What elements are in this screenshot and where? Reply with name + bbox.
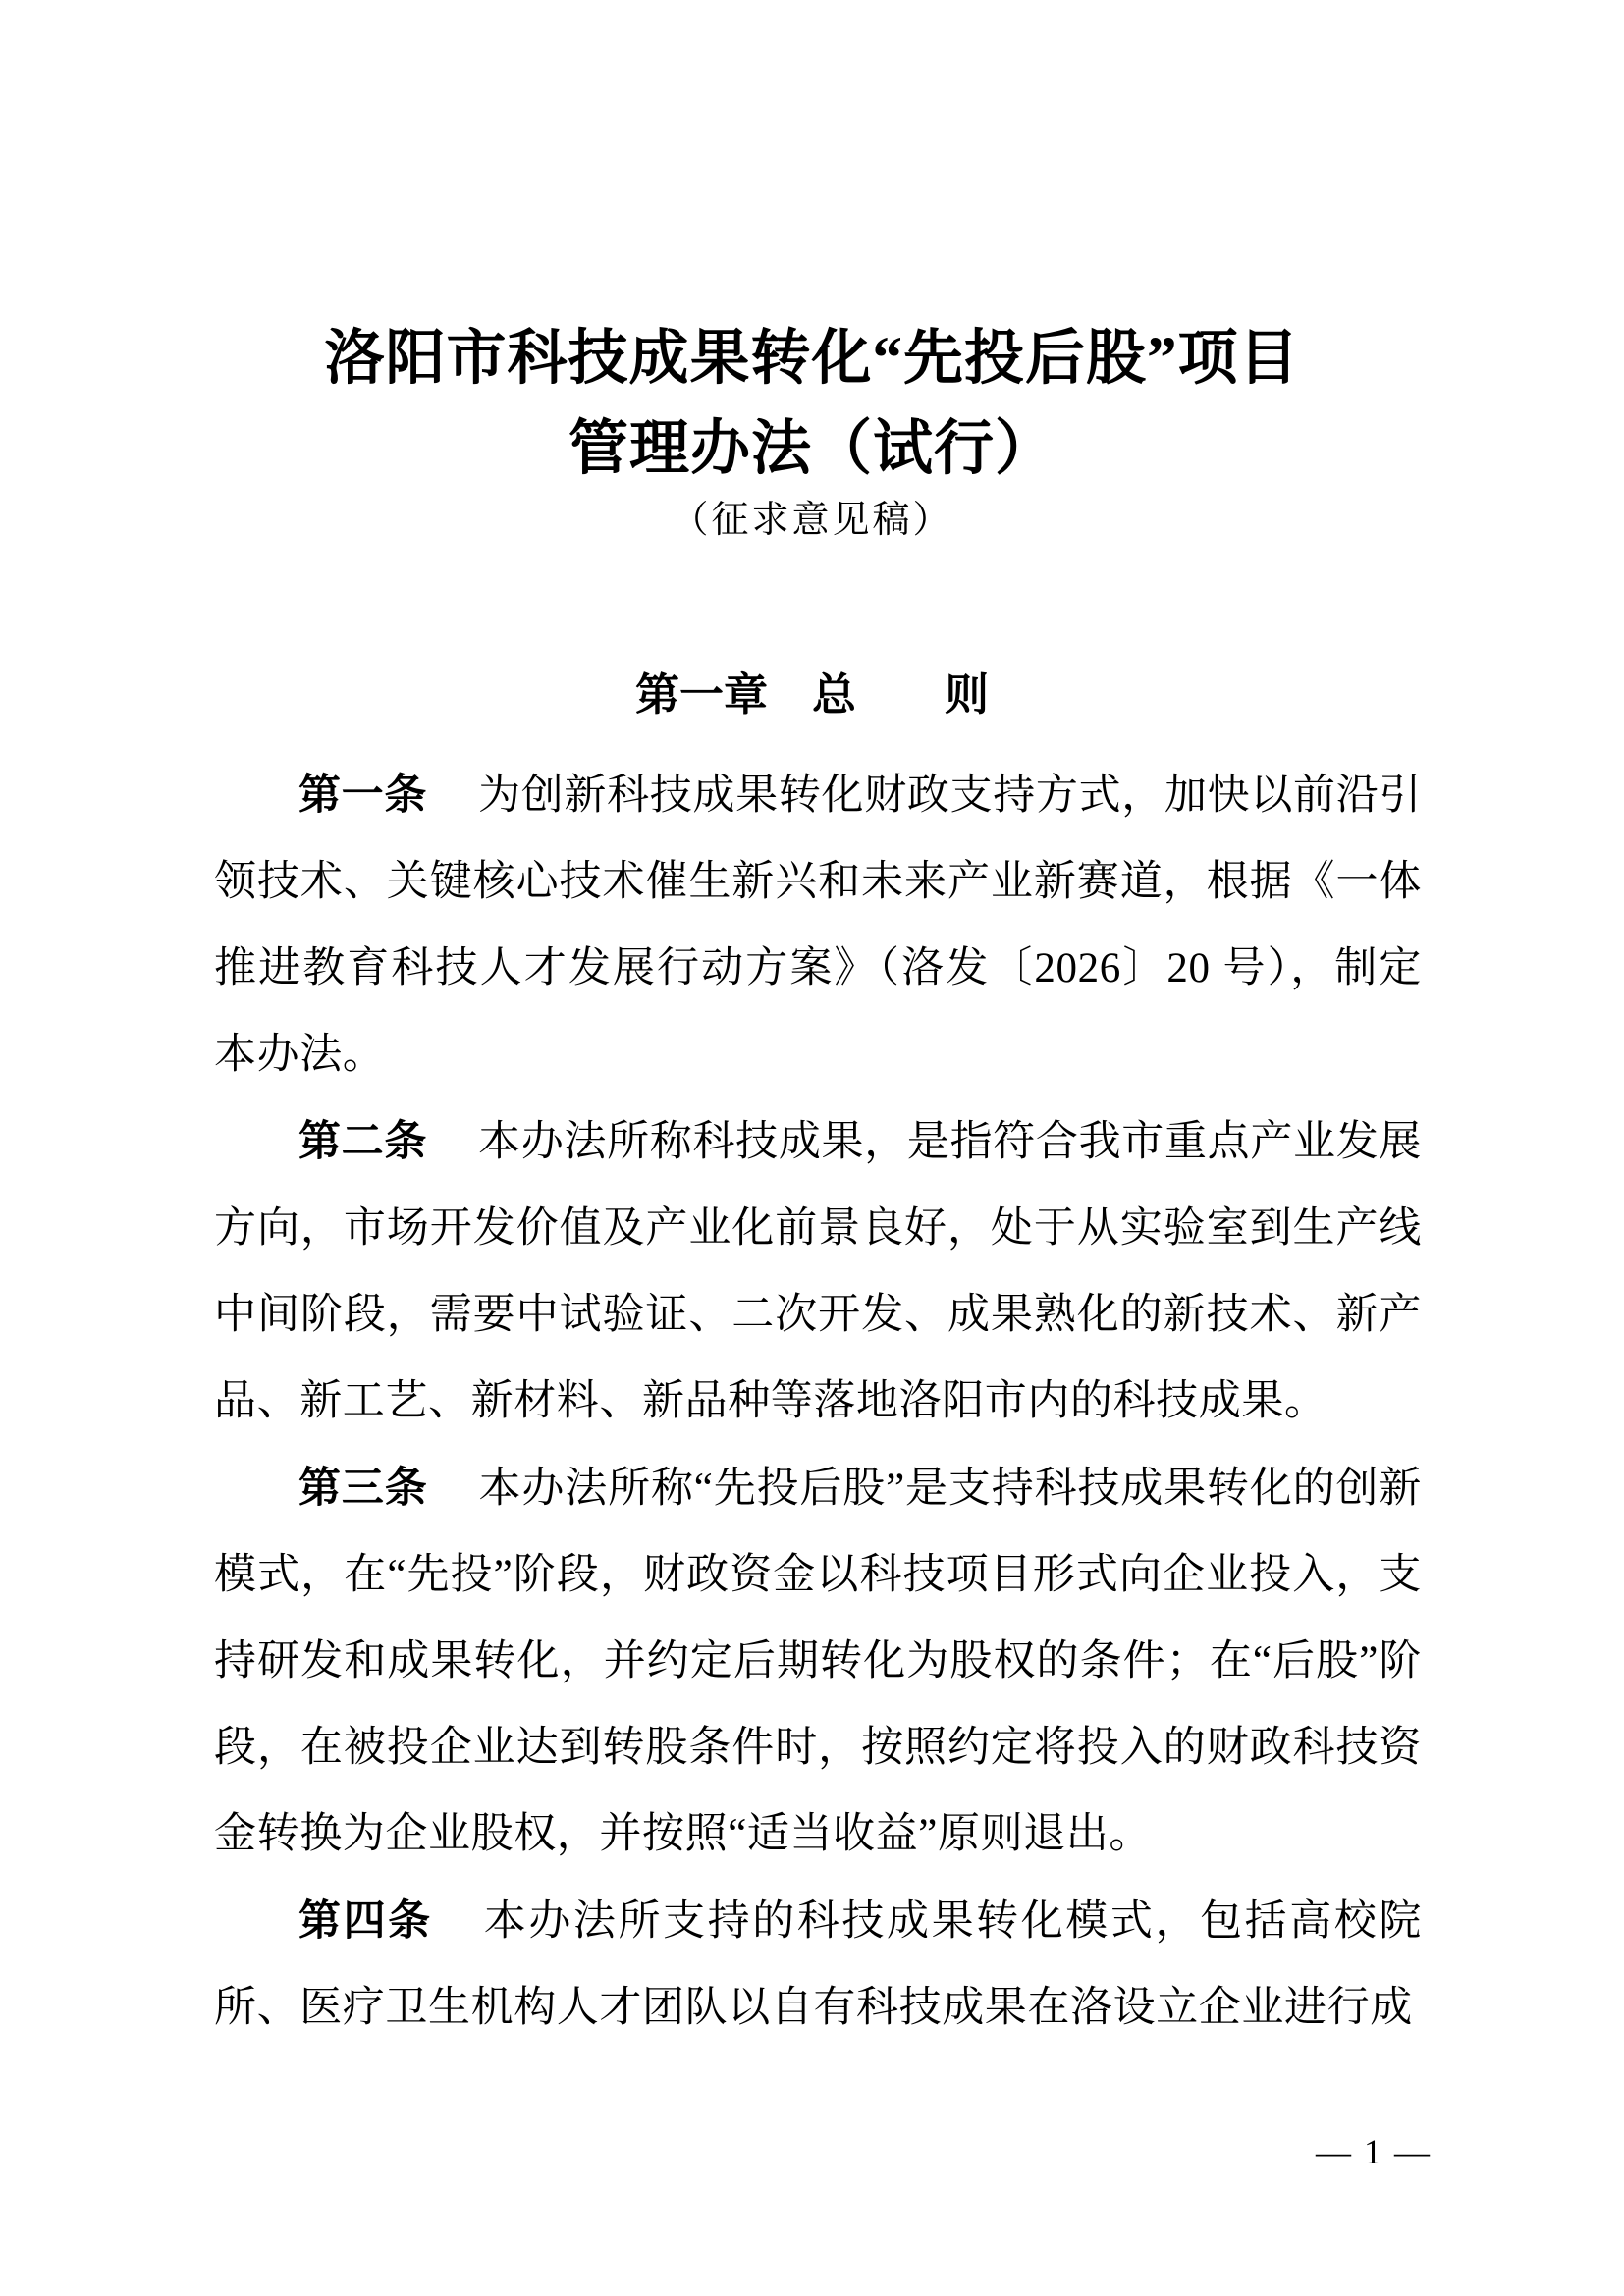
document-subtitle: （征求意见稿）: [0, 491, 1624, 550]
page-number: — 1 —: [1316, 2128, 1432, 2175]
chapter-heading: 第一章 总 则: [0, 662, 1624, 728]
article-4-label: 第四条: [298, 1897, 433, 1945]
document-body: 第一条为创新科技成果转化财政支持方式，加快以前沿引领技术、关键核心技术催生新兴和…: [214, 752, 1422, 2052]
article-paragraph-4: 第四条本办法所支持的科技成果转化模式，包括高校院所、医疗卫生机构人才团队以自有科…: [214, 1878, 1422, 2052]
document-title: 洛阳市科技成果转化“先投后股”项目 管理办法（试行）: [0, 314, 1624, 495]
article-1-label: 第一条: [298, 772, 427, 819]
document-page: 洛阳市科技成果转化“先投后股”项目 管理办法（试行） （征求意见稿） 第一章 总…: [0, 0, 1624, 2296]
article-3-text: 本办法所称“先投后股”是支持科技成果转化的创新模式，在“先投”阶段，财政资金以科…: [214, 1466, 1422, 1857]
document-title-line-2: 管理办法（试行）: [0, 404, 1624, 495]
article-paragraph-3: 第三条本办法所称“先投后股”是支持科技成果转化的创新模式，在“先投”阶段，财政资…: [214, 1445, 1422, 1878]
article-3-label: 第三条: [298, 1465, 428, 1512]
document-title-line-1: 洛阳市科技成果转化“先投后股”项目: [0, 314, 1624, 404]
article-paragraph-1: 第一条为创新科技成果转化财政支持方式，加快以前沿引领技术、关键核心技术催生新兴和…: [214, 752, 1422, 1098]
article-2-label: 第二条: [298, 1118, 427, 1165]
article-paragraph-2: 第二条本办法所称科技成果，是指符合我市重点产业发展方向，市场开发价值及产业化前景…: [214, 1098, 1422, 1445]
